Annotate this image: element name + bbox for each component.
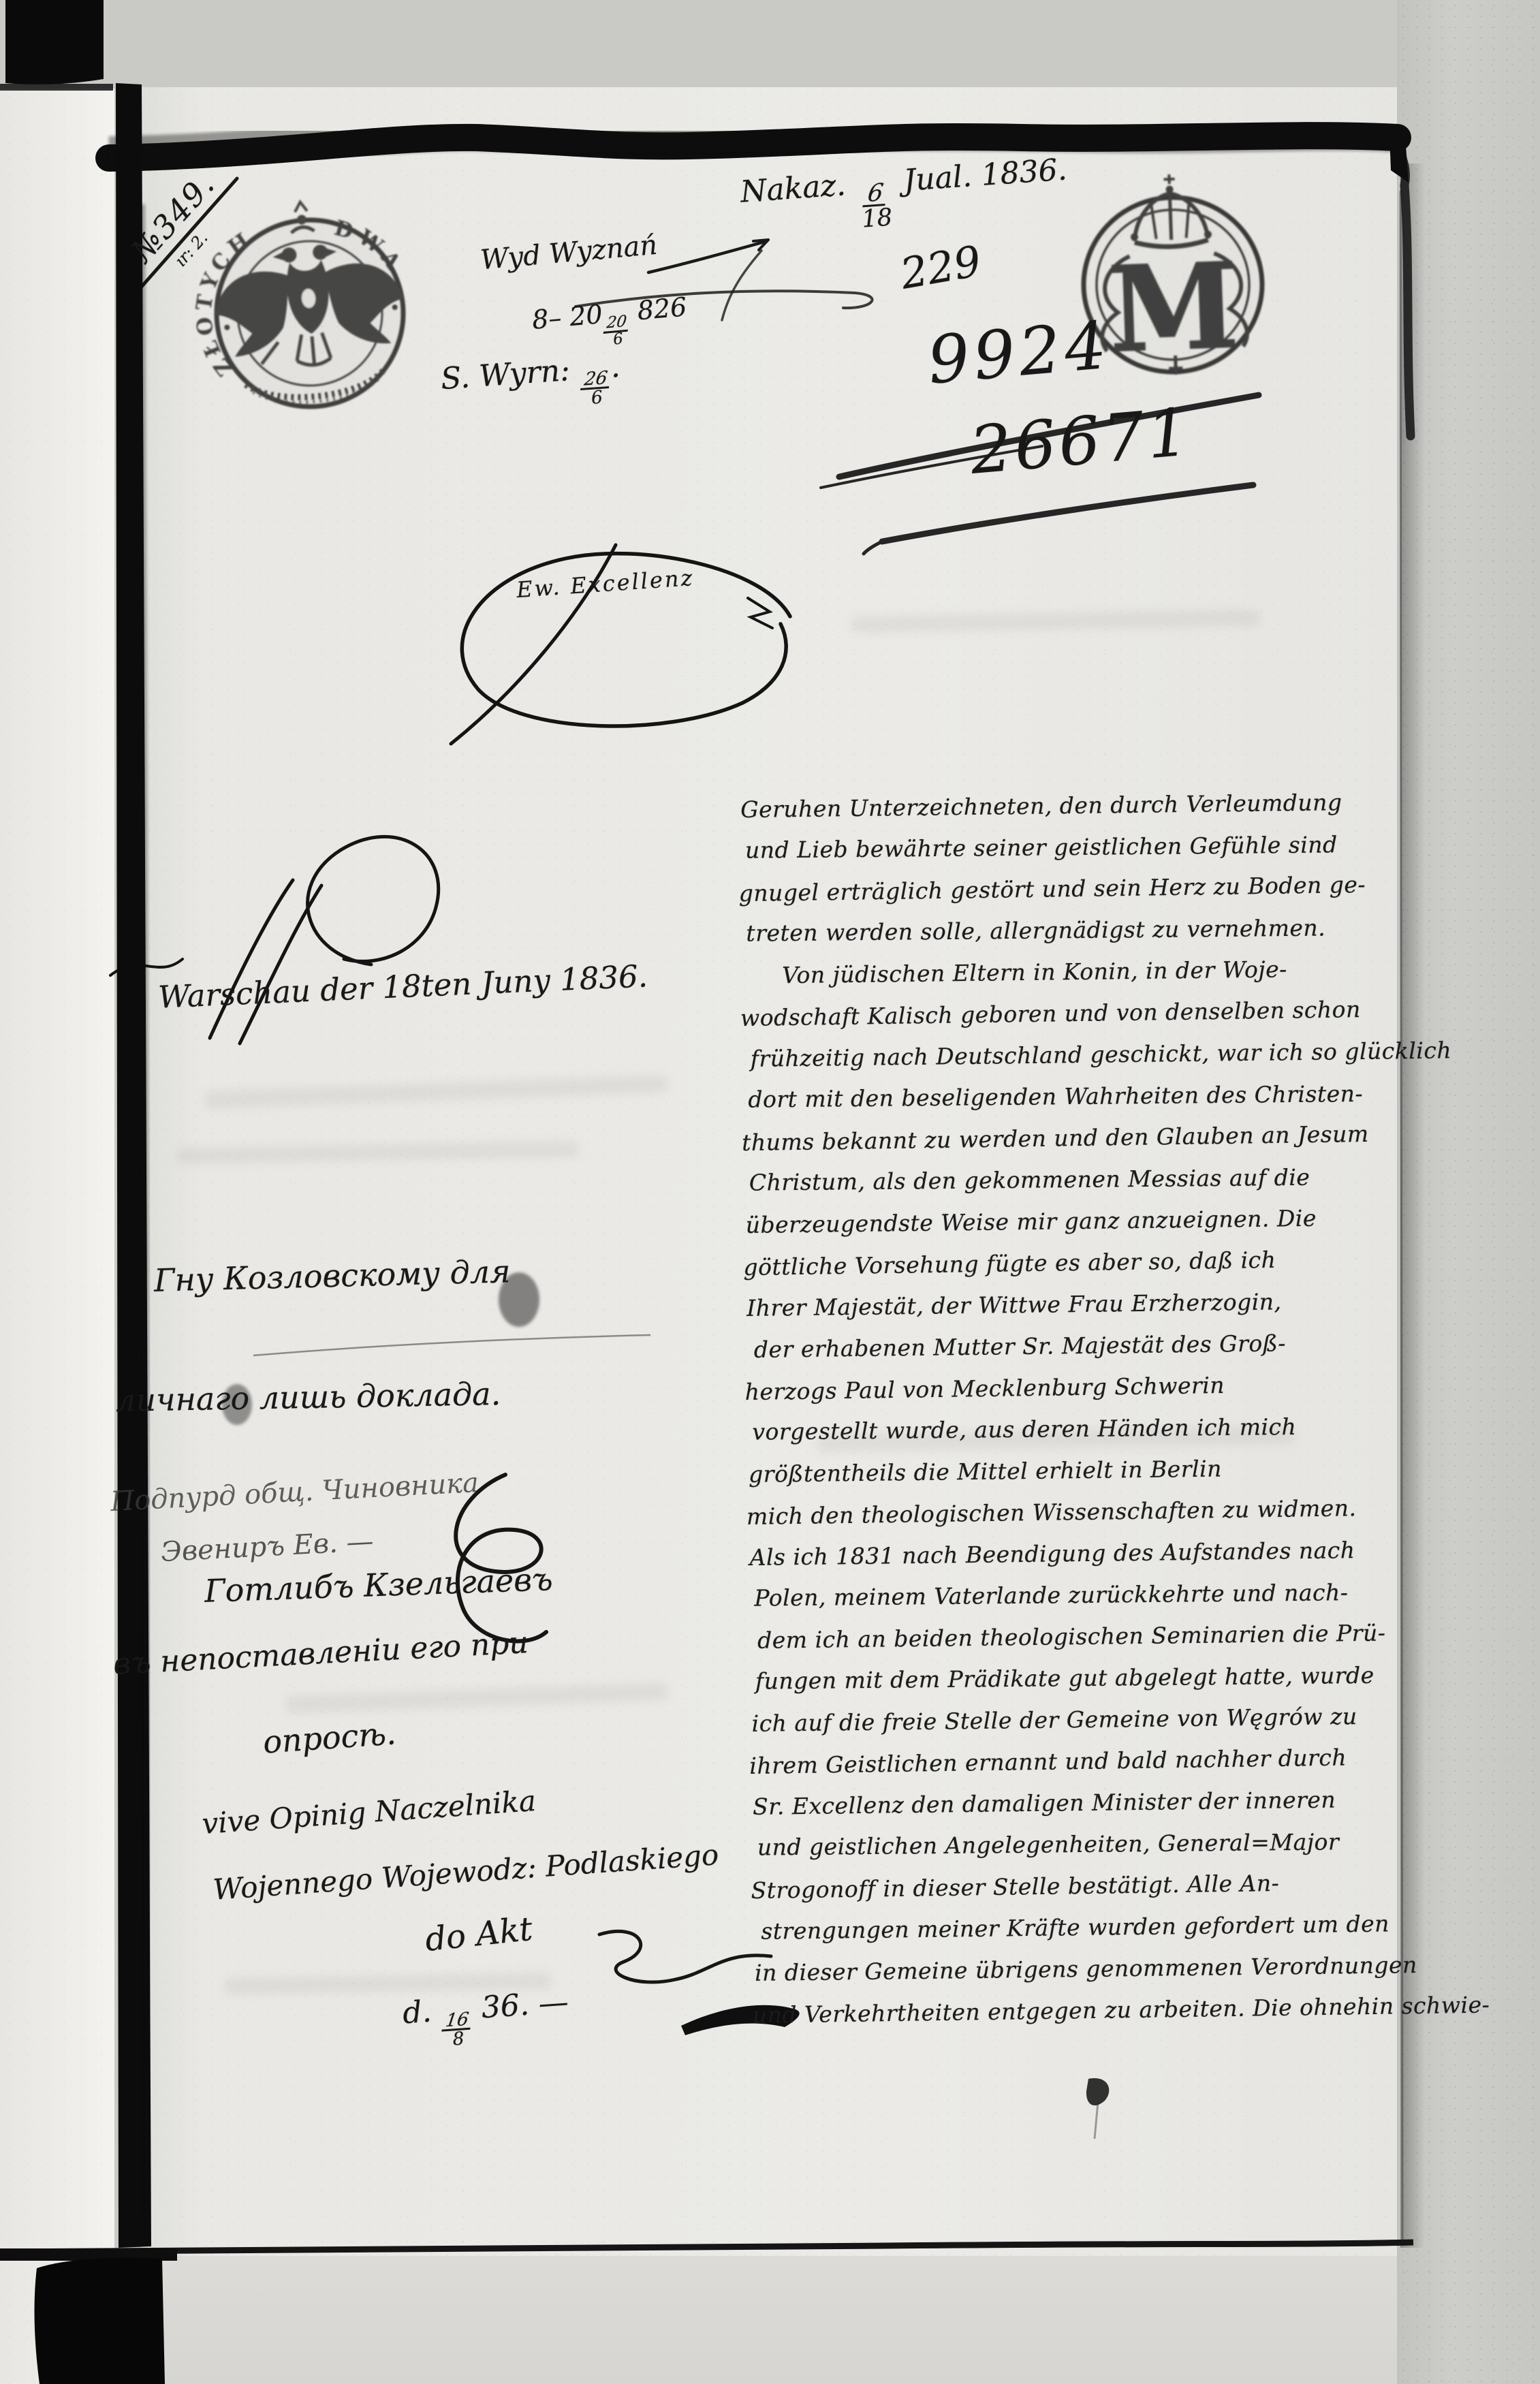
ink-blot [1086, 2078, 1109, 2105]
fraction-denominator: 6 [611, 332, 625, 347]
letter-line: treten werden solle, allergnädigst zu ve… [746, 906, 1411, 954]
letter-line: und Verkehrtheiten entgegen zu arbeiten.… [752, 1985, 1417, 2036]
scanned-manuscript-page: ZŁOTYCH DWA [0, 0, 1540, 2384]
ukaz-label: Nakaz. [739, 168, 847, 210]
ukaz-fraction: 618 [857, 181, 896, 231]
dept-note-line3-fraction: 266 [581, 369, 612, 407]
date-fraction: 168 [443, 2011, 473, 2049]
registry-number-1: 9924 [925, 307, 1114, 399]
letter-line: dem ich an beiden theologischen Seminari… [757, 1612, 1422, 1661]
cyrillic-underline [253, 1335, 650, 1355]
do-akt-flourish [599, 1931, 771, 1982]
fraction-denominator: 18 [859, 206, 896, 231]
letter-line: strengungen meiner Kräfte wurden geforde… [761, 1902, 1426, 1952]
fraction-numerator: 6 [862, 181, 888, 208]
ink-blot-drip [1095, 2102, 1098, 2139]
dept-note-line2-suffix: 826 [636, 292, 688, 326]
date-suffix: 36. — [480, 1985, 569, 2026]
fraction-numerator: 20 [603, 314, 630, 333]
polish-note-date: d. 168 36. — [401, 1985, 571, 2052]
fraction-numerator: 26 [580, 369, 611, 390]
revenue-stamp-zlotych-dwa: ZŁOTYCH DWA [183, 193, 420, 416]
dept-note-line3: S. Wyrn: 266. [439, 349, 623, 418]
letter-line: Geruhen Unterzeichneten, den durch Verle… [740, 781, 1405, 830]
letter-line: Sr. Excellenz den damaligen Minister der… [753, 1778, 1417, 1828]
letter-line: frühzeitig nach Deutschland geschickt, w… [750, 1030, 1415, 1080]
letter-line: Als ich 1831 nach Beendigung des Aufstan… [749, 1528, 1414, 1578]
fraction-denominator: 6 [589, 389, 606, 407]
monogram-letter: M [1106, 236, 1240, 379]
letter-line: Christum, als den gekommenen Messias auf… [749, 1155, 1414, 1203]
fraction-denominator: 8 [450, 2030, 467, 2048]
fraction-numerator: 16 [442, 2011, 473, 2032]
letter-body: Geruhen Unterzeichneten, den durch Verle… [740, 781, 1419, 2035]
dept-note-line2-fraction: 206 [604, 315, 631, 348]
paraph-flourish [456, 1475, 546, 1641]
letter-line: fungen mit dem Prädikate gut abgelegt ha… [755, 1654, 1420, 1701]
letter-line: Polen, meinem Vaterlande zurückkehrte un… [754, 1571, 1419, 1618]
dept-note-line2-prefix: 8– 20 [531, 299, 603, 335]
cyrillic-note-line2: личнаго лишь доклада. [116, 1375, 501, 1419]
letter-line: vorgestellt wurde, aus deren Händen ich … [752, 1405, 1417, 1452]
date-prefix: d. [401, 1994, 433, 2031]
